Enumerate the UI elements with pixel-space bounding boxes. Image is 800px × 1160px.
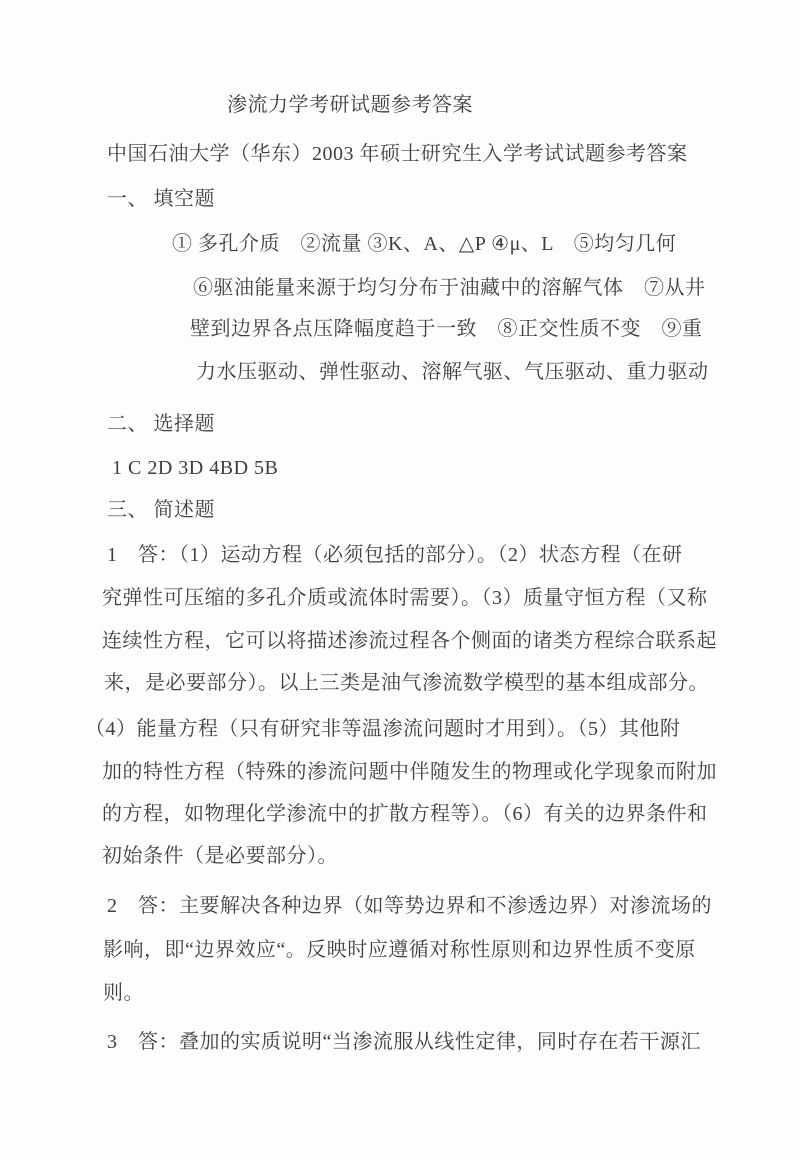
text-line: 连续性方程，它可以将描述渗流过程各个侧面的诸类方程综合联系起 [102, 629, 717, 653]
text-line: 1 C 2D 3D 4BD 5B [112, 456, 278, 480]
doc-subtitle: 中国石油大学（华东）2003 年硕士研究生入学考试试题参考答案 [107, 142, 688, 166]
text-line: 2 答：主要解决各种边界（如等势边界和不渗透边界）对渗流场的 [107, 894, 712, 918]
section-heading-1: 一、 填空题 [107, 187, 215, 211]
text-line: 的方程，如物理化学渗流中的扩散方程等）。（6）有关的边界条件和 [102, 802, 708, 826]
text-line: 3 答：叠加的实质说明“当渗流服从线性定律，同时存在若干源汇 [107, 1030, 701, 1054]
text-line: 力水压驱动、弹性驱动、溶解气驱、气压驱动、重力驱动 [196, 360, 709, 384]
text-line: 初始条件（是必要部分）。 [102, 844, 338, 868]
section-heading-3: 三、 简述题 [107, 498, 215, 522]
doc-title: 渗流力学考研试题参考答案 [227, 93, 473, 117]
text-line: ⑥驱油能量来源于均匀分布于油藏中的溶解气体 ⑦从井 [193, 276, 706, 300]
text-line: 来，是必要部分）。以上三类是油气渗流数学模型的基本组成部分。 [104, 671, 709, 695]
text-line: （4）能量方程（只有研究非等温渗流问题时才用到）。（5）其他附 [85, 717, 681, 741]
text-line: 1 答：（1）运动方程（必须包括的部分）。（2）状态方程（在研 [107, 543, 683, 567]
text-line: ① 多孔介质 ②流量 ③K、A、△P ④μ、L ⑤均匀几何 [172, 232, 676, 256]
text-line: 加的特性方程（特殊的渗流问题中伴随发生的物理或化学现象而附加 [102, 760, 717, 784]
text-line: 则。 [103, 981, 144, 1005]
text-line: 影响，即“边界效应“。反映时应遵循对称性原则和边界性质不变原 [103, 938, 696, 962]
section-heading-2: 二、 选择题 [107, 412, 215, 436]
document-page: 渗流力学考研试题参考答案 中国石油大学（华东）2003 年硕士研究生入学考试试题… [0, 0, 800, 1160]
text-line: 究弹性可压缩的多孔介质或流体时需要）。（3）质量守恒方程（又称 [102, 586, 708, 610]
text-line: 壁到边界各点压降幅度趋于一致 ⑧正交性质不变 ⑨重 [190, 317, 703, 341]
